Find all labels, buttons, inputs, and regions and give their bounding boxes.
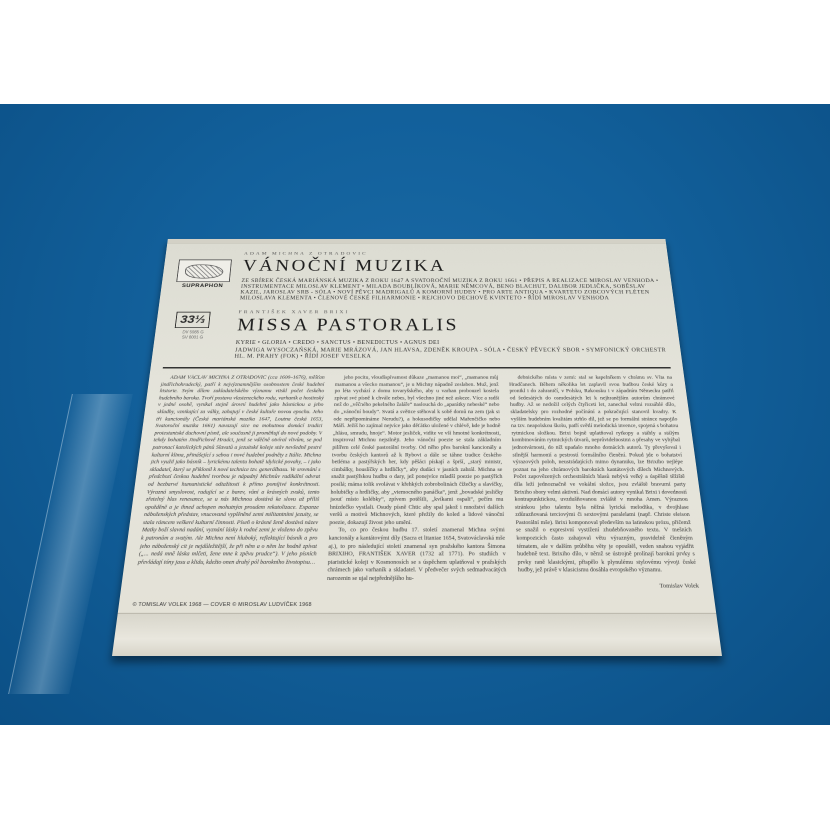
side-b-credits: JADWIGA WYSOCZAŃSKÁ, MARIE MRÁZOVÁ, JAN … (234, 347, 669, 359)
notes-column-2: jeho pocitu, vloudíspívamost důkaze „mam… (326, 375, 508, 610)
author-signature: Tomislav Volek (519, 583, 700, 591)
side-b-title: MISSA PASTORALIS (237, 315, 460, 334)
notes-column-3: debnického místa v zemi: stal se kapelní… (509, 375, 702, 610)
product-photo: SUPRAPHON Adam Michna z Otradovic VÁNOČN… (0, 104, 830, 725)
side-a-credits: ZE SBÍREK ČESKÁ MARIÁNSKÁ MUZIKA Z ROKU … (240, 278, 662, 301)
catalog-numbers: DV 5985 G SV 8001 G (166, 330, 219, 341)
side-a-composer: Adam Michna z Otradovic (244, 251, 368, 256)
divider-rule (163, 367, 671, 369)
record-sleeve-back: SUPRAPHON Adam Michna z Otradovic VÁNOČN… (112, 239, 722, 656)
side-b-composer: František Xaver Brixi (238, 310, 349, 315)
notes-paragraph: To, co pro českou hudbu 17. století znam… (327, 527, 507, 583)
copyright-line: © TOMISLAV VOLEK 1968 — COVER © MIROSLAV… (132, 602, 312, 608)
sleeve-top-band (167, 239, 666, 244)
notes-paragraph: jeho pocitu, vloudíspívamost důkaze „mam… (329, 375, 504, 527)
label-logo-icon (176, 260, 232, 283)
notes-paragraph: debnického místa v zemi: stal se kapelní… (509, 375, 698, 575)
supraphon-logo: SUPRAPHON (173, 260, 234, 289)
label-name: SUPRAPHON (173, 284, 232, 289)
notes-paragraph: ADAM VÁCLAV MICHNA Z OTRADOVIC (cca 1600… (137, 375, 324, 567)
sleeve-bottom-fold (112, 613, 722, 656)
side-a-title: VÁNOČNÍ MUZIKA (242, 257, 446, 275)
notes-column-1: ADAM VÁCLAV MICHNA Z OTRADOVIC (cca 1600… (132, 375, 325, 610)
speed-badge: 33⅓ (175, 312, 211, 328)
photo-stage: SUPRAPHON Adam Michna z Otradovic VÁNOČN… (0, 104, 830, 725)
catalog-number: SV 8001 G (166, 336, 218, 341)
liner-notes: ADAM VÁCLAV MICHNA Z OTRADOVIC (cca 1600… (132, 375, 702, 610)
side-b-movements: KYRIE • GLORIA • CREDO • SANCTUS • BENED… (236, 339, 668, 345)
